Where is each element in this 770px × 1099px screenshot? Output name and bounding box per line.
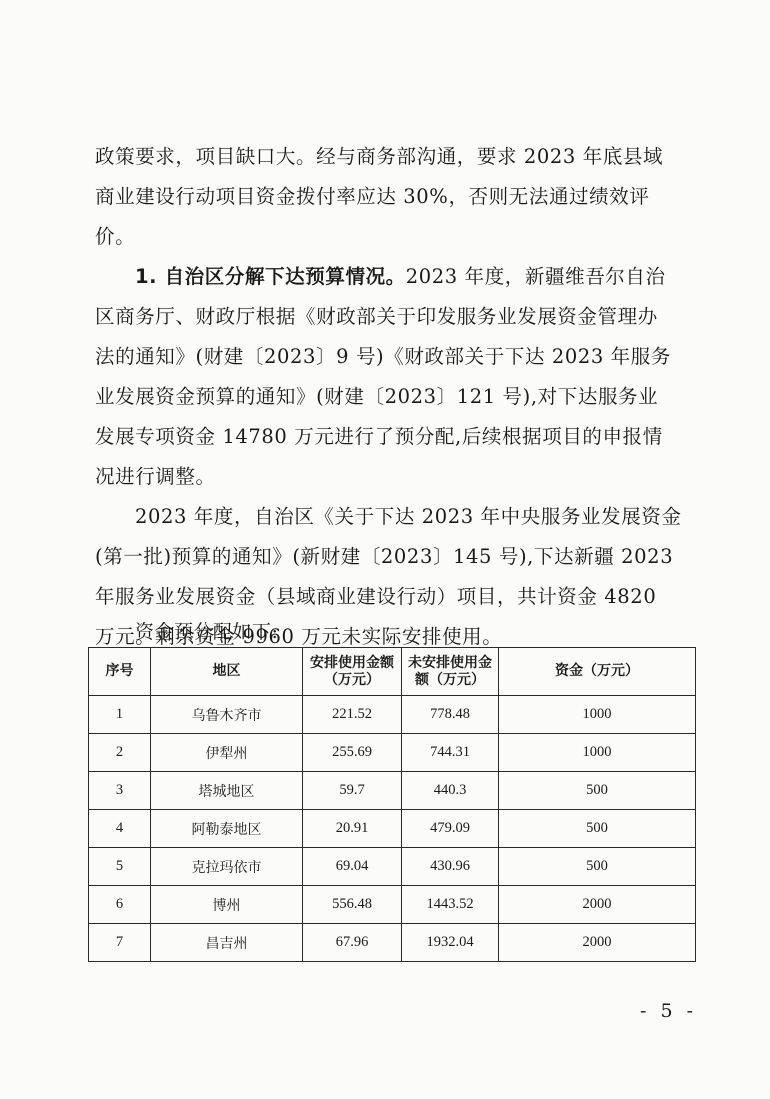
table-row: 1 乌鲁木齐市 221.52 778.48 1000 bbox=[89, 696, 696, 734]
text-line: 业发展资金预算的通知》(财建〔2023〕121 号),对下达服务业 bbox=[95, 377, 695, 417]
cell-unused: 778.48 bbox=[402, 696, 499, 734]
cell-total: 1000 bbox=[499, 734, 696, 772]
column-header-used: 安排使用金额（万元） bbox=[303, 648, 402, 696]
document-page: 政策要求，项目缺口大。经与商务部沟通，要求 2023 年底县域 商业建设行动项目… bbox=[0, 0, 770, 1099]
cell-no: 4 bbox=[89, 810, 151, 848]
cell-total: 500 bbox=[499, 772, 696, 810]
text-line: 1. 自治区分解下达预算情况。2023 年度，新疆维吾尔自治 bbox=[95, 257, 695, 297]
table-row: 6 博州 556.48 1443.52 2000 bbox=[89, 886, 696, 924]
cell-used: 255.69 bbox=[303, 734, 402, 772]
table-row: 5 克拉玛依市 69.04 430.96 500 bbox=[89, 848, 696, 886]
text-fragment: 2023 年度，新疆维吾尔自治 bbox=[406, 265, 666, 288]
text-line: (第一批)预算的通知》(新财建〔2023〕145 号),下达新疆 2023 bbox=[95, 537, 695, 577]
table-caption: 资金预分配如下: bbox=[135, 617, 278, 644]
cell-region: 阿勒泰地区 bbox=[151, 810, 303, 848]
text-line: 法的通知》(财建〔2023〕9 号)《财政部关于下达 2023 年服务 bbox=[95, 337, 695, 377]
cell-unused: 479.09 bbox=[402, 810, 499, 848]
cell-used: 20.91 bbox=[303, 810, 402, 848]
table-row: 4 阿勒泰地区 20.91 479.09 500 bbox=[89, 810, 696, 848]
text-line: 2023 年度，自治区《关于下达 2023 年中央服务业发展资金 bbox=[95, 497, 695, 537]
cell-total: 1000 bbox=[499, 696, 696, 734]
text-line: 价。 bbox=[95, 217, 695, 257]
text-line: 区商务厅、财政厅根据《财政部关于印发服务业发展资金管理办 bbox=[95, 297, 695, 337]
cell-unused: 744.31 bbox=[402, 734, 499, 772]
page-number: - 5 - bbox=[640, 1000, 697, 1022]
text-line: 况进行调整。 bbox=[95, 457, 695, 497]
cell-used: 556.48 bbox=[303, 886, 402, 924]
cell-used: 67.96 bbox=[303, 924, 402, 962]
cell-no: 6 bbox=[89, 886, 151, 924]
cell-region: 乌鲁木齐市 bbox=[151, 696, 303, 734]
cell-unused: 1443.52 bbox=[402, 886, 499, 924]
cell-region: 昌吉州 bbox=[151, 924, 303, 962]
text-line: 年服务业发展资金（县域商业建设行动）项目，共计资金 4820 bbox=[95, 577, 695, 617]
cell-no: 5 bbox=[89, 848, 151, 886]
column-header-no: 序号 bbox=[89, 648, 151, 696]
cell-no: 1 bbox=[89, 696, 151, 734]
cell-region: 伊犁州 bbox=[151, 734, 303, 772]
cell-unused: 1932.04 bbox=[402, 924, 499, 962]
cell-region: 克拉玛依市 bbox=[151, 848, 303, 886]
cell-total: 2000 bbox=[499, 924, 696, 962]
column-header-unused: 未安排使用金额（万元） bbox=[402, 648, 499, 696]
cell-used: 59.7 bbox=[303, 772, 402, 810]
cell-used: 221.52 bbox=[303, 696, 402, 734]
table-row: 7 昌吉州 67.96 1932.04 2000 bbox=[89, 924, 696, 962]
cell-unused: 440.3 bbox=[402, 772, 499, 810]
column-header-total: 资金（万元） bbox=[499, 648, 696, 696]
cell-region: 塔城地区 bbox=[151, 772, 303, 810]
cell-total: 500 bbox=[499, 810, 696, 848]
table-header-row: 序号 地区 安排使用金额（万元） 未安排使用金额（万元） 资金（万元） bbox=[89, 648, 696, 696]
text-line: 政策要求，项目缺口大。经与商务部沟通，要求 2023 年底县域 bbox=[95, 137, 695, 177]
text-line: 发展专项资金 14780 万元进行了预分配,后续根据项目的申报情 bbox=[95, 417, 695, 457]
text-line: 商业建设行动项目资金拨付率应达 30%，否则无法通过绩效评 bbox=[95, 177, 695, 217]
cell-unused: 430.96 bbox=[402, 848, 499, 886]
cell-no: 2 bbox=[89, 734, 151, 772]
fund-allocation-table: 序号 地区 安排使用金额（万元） 未安排使用金额（万元） 资金（万元） 1 乌鲁… bbox=[88, 647, 696, 962]
column-header-region: 地区 bbox=[151, 648, 303, 696]
table-row: 3 塔城地区 59.7 440.3 500 bbox=[89, 772, 696, 810]
paragraph-budget-allocation: 1. 自治区分解下达预算情况。2023 年度，新疆维吾尔自治 区商务厅、财政厅根… bbox=[95, 257, 695, 497]
cell-region: 博州 bbox=[151, 886, 303, 924]
cell-no: 3 bbox=[89, 772, 151, 810]
paragraph-policy-requirement: 政策要求，项目缺口大。经与商务部沟通，要求 2023 年底县域 商业建设行动项目… bbox=[95, 137, 695, 257]
section-heading: 1. 自治区分解下达预算情况。 bbox=[135, 265, 406, 288]
cell-total: 2000 bbox=[499, 886, 696, 924]
cell-used: 69.04 bbox=[303, 848, 402, 886]
cell-no: 7 bbox=[89, 924, 151, 962]
table-row: 2 伊犁州 255.69 744.31 1000 bbox=[89, 734, 696, 772]
cell-total: 500 bbox=[499, 848, 696, 886]
